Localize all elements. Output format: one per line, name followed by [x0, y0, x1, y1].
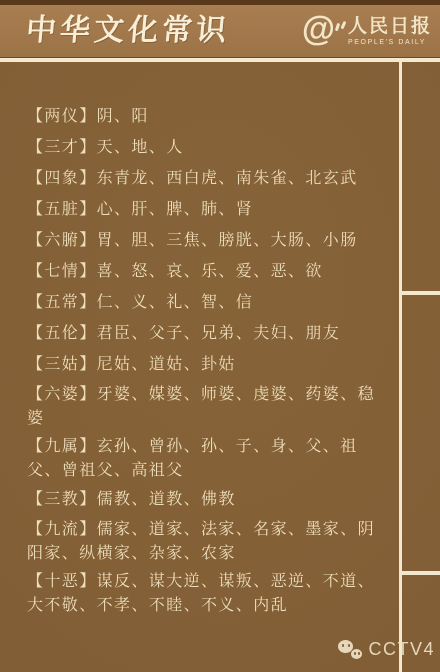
term-items: 尼姑、道姑、卦姑	[97, 356, 236, 373]
logo-name: 人民日报	[348, 17, 432, 36]
watermark: CCTV4	[338, 639, 435, 660]
logo-text: 人民日报 PEOPLE'S DAILY	[348, 17, 432, 46]
right-horizontal-rule-bottom	[399, 571, 440, 575]
term-label: 【三才】	[27, 139, 97, 156]
term-items: 阴、阳	[97, 108, 149, 125]
chat-bubble-icon	[351, 649, 362, 659]
term-label: 【六婆】	[27, 386, 97, 403]
term-items: 儒教、道教、佛教	[97, 491, 236, 508]
watermark-text: CCTV4	[368, 639, 435, 660]
list-item: 【五脏】心、肝、脾、肺、肾	[27, 197, 391, 222]
list-item: 【三姑】尼姑、道姑、卦姑	[27, 352, 391, 377]
term-label: 【五脏】	[27, 201, 97, 218]
page-title: 中华文化常识	[25, 16, 232, 46]
list-item: 【三才】天、地、人	[27, 135, 391, 160]
wechat-icon	[338, 640, 362, 659]
peoples-daily-logo: @ 人民日报 PEOPLE'S DAILY	[302, 14, 432, 48]
term-label: 【三教】	[27, 491, 97, 508]
term-items: 仁、义、礼、智、信	[97, 294, 254, 311]
list-item: 【三教】儒教、道教、佛教	[27, 487, 391, 512]
term-items: 君臣、父子、兄弟、夫妇、朋友	[97, 325, 341, 342]
term-label: 【三姑】	[27, 356, 97, 373]
term-label: 【四象】	[27, 170, 97, 187]
term-label: 【六腑】	[27, 232, 97, 249]
at-sign-icon: @	[302, 12, 335, 46]
term-label: 【两仪】	[27, 108, 97, 125]
term-label: 【五常】	[27, 294, 97, 311]
term-items: 喜、怒、哀、乐、爱、恶、欲	[97, 263, 323, 280]
term-items: 胃、胆、三焦、膀胱、大肠、小肠	[97, 232, 358, 249]
term-items: 天、地、人	[97, 139, 184, 156]
list-item: 【十恶】谋反、谋大逆、谋叛、恶逆、不道、大不敬、不孝、不睦、不义、内乱	[27, 570, 391, 618]
term-label: 【九流】	[27, 521, 97, 538]
term-label: 【九属】	[27, 438, 97, 455]
list-item: 【五常】仁、义、礼、智、信	[27, 290, 391, 315]
list-item: 【两仪】阴、阳	[27, 104, 391, 129]
header: 中华文化常识 @ 人民日报 PEOPLE'S DAILY	[0, 5, 440, 57]
logo-subtitle: PEOPLE'S DAILY	[348, 39, 432, 46]
term-label: 【七情】	[27, 263, 97, 280]
term-label: 【十恶】	[27, 573, 97, 590]
infographic-card: 中华文化常识 @ 人民日报 PEOPLE'S DAILY 【两仪】阴、阳 【三才…	[0, 0, 440, 672]
list-item: 【四象】东青龙、西白虎、南朱雀、北玄武	[27, 166, 391, 191]
content-area: 【两仪】阴、阳 【三才】天、地、人 【四象】东青龙、西白虎、南朱雀、北玄武 【五…	[0, 61, 440, 672]
right-horizontal-rule-top	[399, 291, 440, 295]
list-item: 【六婆】牙婆、媒婆、师婆、虔婆、药婆、稳婆	[27, 383, 391, 431]
list-item: 【五伦】君臣、父子、兄弟、夫妇、朋友	[27, 321, 391, 346]
right-vertical-rule	[399, 61, 402, 672]
list-item: 【九属】玄孙、曾孙、孙、子、身、父、祖父、曾祖父、高祖父	[27, 435, 391, 483]
list-item: 【六腑】胃、胆、三焦、膀胱、大肠、小肠	[27, 228, 391, 253]
term-items: 东青龙、西白虎、南朱雀、北玄武	[97, 170, 358, 187]
list-item: 【九流】儒家、道家、法家、名家、墨家、阴阳家、纵横家、杂家、农家	[27, 518, 391, 566]
term-label: 【五伦】	[27, 325, 97, 342]
term-list: 【两仪】阴、阳 【三才】天、地、人 【四象】东青龙、西白虎、南朱雀、北玄武 【五…	[27, 104, 391, 618]
term-items: 心、肝、脾、肺、肾	[97, 201, 254, 218]
list-item: 【七情】喜、怒、哀、乐、爱、恶、欲	[27, 259, 391, 284]
signal-rays-icon	[336, 23, 345, 39]
